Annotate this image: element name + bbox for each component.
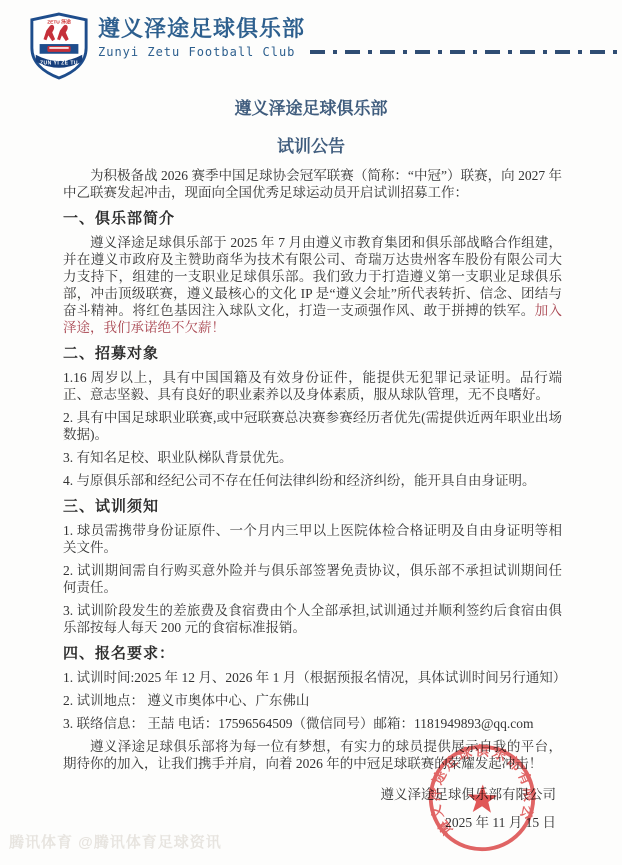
section-1-heading: 一、俱乐部简介 [63,209,562,229]
recruitment-item-4: 4. 与原俱乐部和经纪公司不存在任何法律纠纷和经济纠纷，能开具自由身证明。 [63,472,562,489]
dash-dot-divider [310,50,622,54]
section-4-heading: 四、报名要求： [63,644,562,664]
club-logo: ZETU 泽途 ZUN YI ZE TU [28,12,90,80]
crest-bus-windows [49,47,68,49]
section-2-heading: 二、招募对象 [63,344,562,364]
trial-note-item-1: 1. 球员需携带身份证原件、一个月内三甲以上医院体检合格证明及自由身证明等相关文… [63,522,562,556]
club-crest-icon: ZETU 泽途 ZUN YI ZE TU [28,12,90,80]
intro-paragraph: 为积极备战 2026 赛季中国足球协会冠军联赛（简称：“中冠”）联赛，向 202… [63,167,562,201]
application-item-location: 2. 试训地点： 遵义市奥体中心、广东佛山 [63,692,562,709]
recruitment-item-1: 1.16 周岁以上，具有中国国籍及有效身份证件，能提供无犯罪记录证明。品行端正、… [63,369,562,403]
recruitment-item-2: 2. 具有中国足球职业联赛,或中冠联赛总决赛参赛经历者优先(需提供近两年职业出场… [63,409,562,443]
club-name: 遵义泽途足球俱乐部 [98,16,305,42]
document-subtitle: 试训公告 [0,132,622,157]
section-3-heading: 三、试训须知 [63,497,562,517]
signature-date: 2025 年 11 月 15 日 [0,814,556,832]
application-item-time: 1. 试训时间:2025 年 12 月、2026 年 1 月（根据预报名情况，具… [63,669,562,686]
watermark: 腾讯体育 @腾讯体育足球资讯 [9,831,222,852]
trial-announcement-document: ZETU 泽途 ZUN YI ZE TU 遵义泽途足球俱乐部 Zunyi Zet… [0,0,622,865]
signature-block: 遵义泽途足球俱乐部有限公司 2025 年 11 月 15 日 [0,786,622,832]
closing-paragraph: 遵义泽途足球俱乐部将为每一位有梦想，有实力的球员提供展示自我的平台，期待你的加入… [63,738,562,772]
club-name-en: Zunyi Zetu Football Club [98,45,305,59]
trial-note-item-3: 3. 试训阶段发生的差旅费及食宿费由个人全部承担,试训通过并顺利签约后食宿由俱乐… [63,602,562,636]
letterhead: ZETU 泽途 ZUN YI ZE TU 遵义泽途足球俱乐部 Zunyi Zet… [0,0,622,80]
signature-company: 遵义泽途足球俱乐部有限公司 [0,786,556,804]
recruitment-item-3: 3. 有知名足校、职业队梯队背景优先。 [63,449,562,466]
crest-ribbon-text: ZUN YI ZE TU [40,60,78,66]
club-intro-text: 遵义泽途足球俱乐部于 2025 年 7 月由遵义市教育集团和俱乐部战略合作组建，… [63,235,562,318]
trial-note-item-2: 2. 试训期间需自行购买意外险并与俱乐部签署免责协议，俱乐部不承担试训期间任何责… [63,562,562,596]
section-1-body: 遵义泽途足球俱乐部于 2025 年 7 月由遵义市教育集团和俱乐部战略合作组建，… [63,234,562,336]
crest-top-text: ZETU 泽途 [47,19,71,26]
application-item-contact: 3. 联络信息： 王喆 电话：17596564509（微信同号）邮箱：11819… [63,715,562,732]
document-title: 遵义泽途足球俱乐部 [0,94,622,119]
document-body: 为积极备战 2026 赛季中国足球协会冠军联赛（简称：“中冠”）联赛，向 202… [0,157,622,772]
